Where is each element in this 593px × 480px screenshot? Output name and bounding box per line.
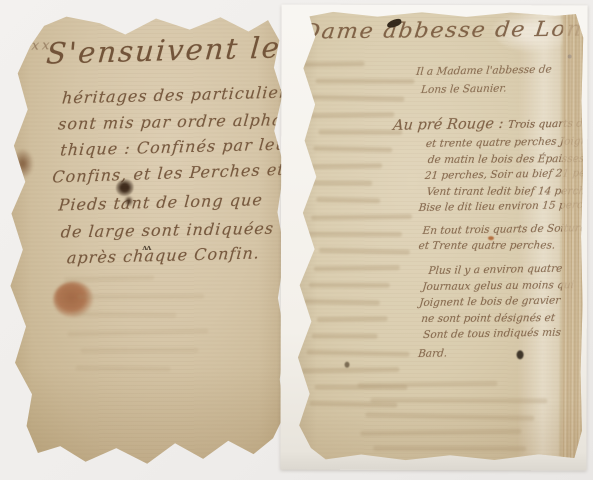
- edge-stain: [12, 149, 34, 179]
- ghost-line: [313, 146, 392, 153]
- ink-speck: [345, 362, 350, 368]
- manuscript-scan: xx S'ensuivent les héritages des particu…: [0, 0, 593, 480]
- right-page-title: Dame abbesse de Lons le Sau.: [301, 15, 593, 43]
- ghost-line: [303, 61, 365, 67]
- ghost-line: [77, 294, 204, 300]
- ghost-line: [302, 367, 400, 373]
- ink-smudge: ʌʌ: [142, 242, 150, 252]
- ghost-line: [305, 112, 394, 118]
- ghost-line: [309, 283, 390, 288]
- subtitle-line: Lons le Saunier.: [420, 82, 507, 95]
- ghost-line: [310, 95, 404, 102]
- manuscript-line: Journaux gelus au moins qui: [422, 279, 575, 293]
- ghost-line: [311, 214, 412, 220]
- manuscript-line: sont mis par ordre alphabé-: [57, 110, 311, 134]
- ghost-line: [365, 412, 534, 421]
- ghost-line: [314, 265, 400, 271]
- ghost-line: [64, 275, 154, 282]
- ghost-line: [308, 163, 382, 169]
- manuscript-line: ne sont point désignés et: [421, 312, 556, 325]
- manuscript-line: et Trente quatre perches.: [418, 239, 556, 251]
- ghost-line: [314, 385, 407, 390]
- page-highlight: [517, 10, 561, 462]
- rust-stain: [53, 281, 93, 317]
- right-page: Dame abbesse de Lons le Sau. Il a Madame…: [287, 9, 585, 462]
- manuscript-line: de matin le bois des Épaisses: [427, 153, 585, 166]
- ghost-line: [304, 299, 380, 306]
- entry-lead: Au pré Rouge :: [392, 116, 504, 134]
- ghost-line: [317, 316, 388, 322]
- ghost-line: [67, 328, 208, 336]
- ghost-line: [360, 429, 521, 436]
- left-page-title: S'ensuivent les: [45, 30, 299, 71]
- ghost-line: [319, 248, 410, 255]
- ghost-line: [357, 381, 497, 388]
- ghost-line: [312, 334, 378, 339]
- manuscript-line: après chaque Confin.: [66, 243, 261, 267]
- bleedthrough-lines: [5, 13, 285, 14]
- ghost-line: [373, 446, 526, 452]
- manuscript-line: Pieds tant de long que: [58, 190, 264, 214]
- ghost-line: [309, 401, 397, 408]
- manuscript-line: Joignent le bois de gravier: [419, 294, 561, 308]
- manuscript-line: de large sont indiquées: [60, 219, 275, 242]
- ghost-line: [76, 366, 171, 372]
- manuscript-line: Confins, et les Perches et: [52, 160, 286, 187]
- manuscript-line: Sont de tous indiqués mis: [423, 327, 562, 341]
- ghost-line: [81, 348, 199, 354]
- left-page: xx S'ensuivent les héritages des particu…: [5, 13, 287, 466]
- ghost-line: [316, 197, 380, 203]
- manuscript-line: Plus il y a environ quatre: [428, 263, 563, 277]
- ghost-line: [72, 311, 176, 317]
- subtitle-line: Il a Madame l'abbesse de: [416, 64, 553, 78]
- ghost-line: [316, 79, 415, 84]
- ghost-line: [318, 130, 402, 135]
- manuscript-line: thique : Confinés par leurs: [60, 134, 306, 159]
- ghost-line: [307, 350, 410, 357]
- ghost-line: [306, 232, 402, 237]
- manuscript-line: Bard.: [418, 347, 448, 360]
